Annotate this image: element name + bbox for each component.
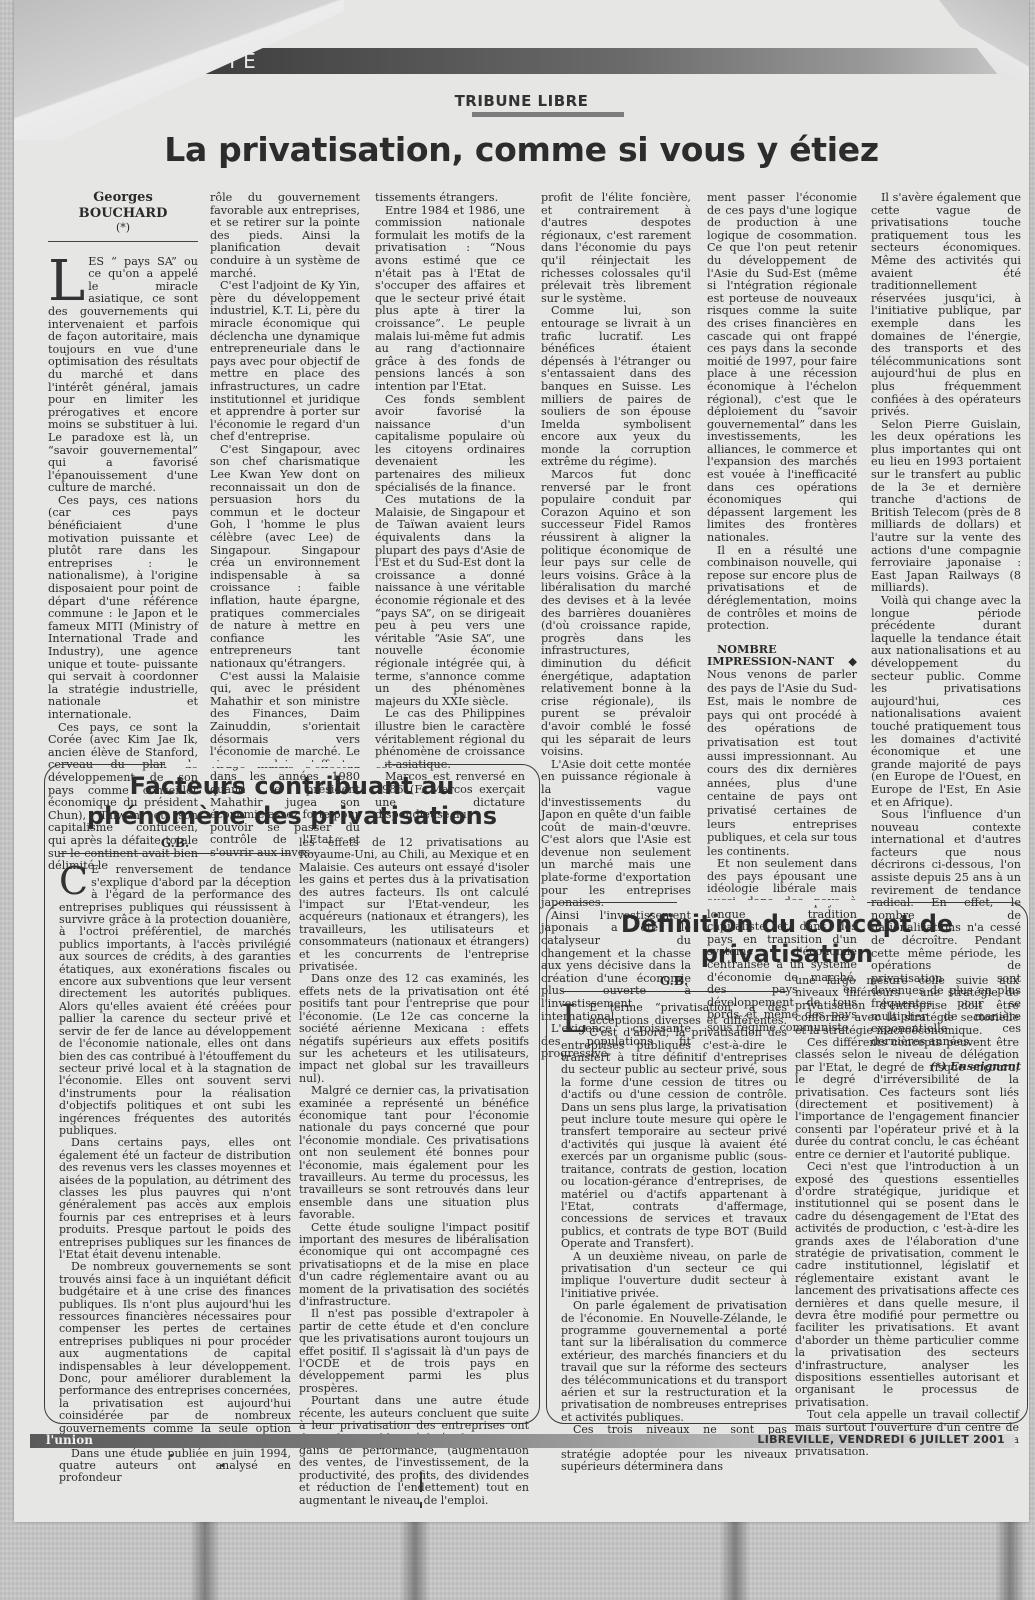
box-column-2: une large mesure celle suivie aux niveau… <box>795 975 1019 1459</box>
paragraph: L'Asie doit cette montée en puissance ré… <box>541 759 691 910</box>
paragraph: Marcos fut donc renversé par le front po… <box>541 469 691 759</box>
subheading: NOMBRE IMPRESSION-NANT ◆ Nous venons de … <box>707 643 857 859</box>
paragraph: Ces trois niveaux ne sont pas cloisonnés… <box>561 1424 787 1474</box>
author-note-marker: (*) <box>48 222 198 235</box>
paragraph: Dans certains pays, elles ont également … <box>59 1137 291 1261</box>
paragraph: C'est Singapour, avec son chef charismat… <box>210 444 360 671</box>
newspaper-page: MIE TRIBUNE LIBRE La privatisation, comm… <box>14 0 1029 1522</box>
paragraph: On parle également de privatisation de l… <box>561 1300 787 1424</box>
paragraph: Il s'avère également que cette vague de … <box>871 192 1021 419</box>
paragraph: Entre 1984 et 1986, une commission natio… <box>375 205 525 394</box>
paragraph: Comme lui, son entourage se livrait à un… <box>541 305 691 469</box>
dateline: LIBREVILLE, VENDREDI 6 JUILLET 2001 <box>757 1432 1005 1448</box>
byline-divider <box>48 241 198 242</box>
author-name: Georges BOUCHARD <box>48 190 198 222</box>
box-border-gap <box>677 900 867 905</box>
box-divider <box>561 991 787 992</box>
article-column-3: tissements étrangers. Entre 1984 et 1986… <box>375 192 525 822</box>
paragraph: Il n'est pas possible d'extrapoler à par… <box>299 1308 529 1395</box>
paragraph: E terme “privatisation” a des acceptions… <box>561 1001 787 1250</box>
subheading-label: NOMBRE IMPRESSION-NANT <box>707 642 834 669</box>
paragraph: Il en a résulté une combinaison nouvelle… <box>707 545 857 633</box>
paragraph: les effets de 12 privatisations au Royau… <box>299 837 529 973</box>
paragraph: E renversement de tendance s'explique d'… <box>59 863 291 1137</box>
paragraph: Ces pays, ces nations (car ces pays béné… <box>48 495 198 722</box>
paragraph: tissements étrangers. <box>375 192 525 205</box>
scan-speck <box>221 1464 224 1467</box>
paragraph: ment passer l'économie de ces pays d'une… <box>707 192 857 545</box>
paragraph: A un deuxième niveau, on parle de privat… <box>561 1251 787 1301</box>
paragraph: Malgré ce dernier cas, la privatisation … <box>299 1085 529 1221</box>
paragraph: Cette étude souligne l'impact positif im… <box>299 1222 529 1309</box>
kicker-underline <box>472 112 624 117</box>
paragraph: une large mesure celle suivie aux niveau… <box>795 975 1019 1037</box>
paragraph: Ceci n'est que l'introduction à un expos… <box>795 1161 1019 1409</box>
scan-speck <box>170 1454 173 1457</box>
paragraph: profit de l'élite foncière, et contraire… <box>541 192 691 305</box>
paragraph: Dans onze des 12 cas examinés, les effet… <box>299 973 529 1085</box>
sidebar-box-factors: Facteurs contribuant au phénomène des pr… <box>44 764 540 1424</box>
paragraph: Ces mutations de la Malaisie, de Singapo… <box>375 494 525 708</box>
page-title: La privatisation, comme si vous y étiez <box>14 130 1029 169</box>
paragraph: Pourtant dans une autre étude récente, l… <box>299 1395 529 1507</box>
diamond-bullet-icon: ◆ <box>848 654 857 668</box>
dropcap: L <box>561 1004 586 1034</box>
scan-mark <box>420 1502 422 1508</box>
paragraph: Dans une étude publiée en juin 1994, qua… <box>59 1448 291 1485</box>
paragraph: rôle du gouvernement favorable aux entre… <box>210 192 360 280</box>
box-column-2: les effets de 12 privatisations au Royau… <box>299 837 529 1507</box>
paragraph: Ces différents concepts peuvent être cla… <box>795 1037 1019 1161</box>
box-author: G.B. <box>561 975 787 987</box>
box-author: G.B. <box>59 837 291 849</box>
box-divider <box>59 853 291 854</box>
box-title-line: Définition du concept de <box>547 909 1027 939</box>
paragraph: Ces fonds semblent avoir favorisé la nai… <box>375 394 525 495</box>
paragraph: De nombreux gouvernements se sont trouvé… <box>59 1261 291 1447</box>
scanner-shadow <box>995 1520 1025 1600</box>
box-title: Définition du concept de privatisation <box>547 909 1027 969</box>
dropcap: L <box>48 260 85 304</box>
paragraph: C'est l'adjoint de Ky Yin, père du dével… <box>210 280 360 444</box>
scanner-shadow <box>720 1520 750 1600</box>
section-header-bar: MIE <box>164 48 999 74</box>
paragraph: Voilà qui change avec la longue période … <box>871 595 1021 809</box>
scan-mark <box>420 1472 422 1492</box>
box-border-gap <box>165 762 385 767</box>
newspaper-logo: l'union <box>46 1433 93 1448</box>
article-column-2: rôle du gouvernement favorable aux entre… <box>210 192 360 859</box>
scanner-shadow <box>190 1520 220 1600</box>
box-title-line: phénomène des privatisations <box>45 801 539 831</box>
box-column-1: G.B. LE terme “privatisation” a des acce… <box>561 975 787 1474</box>
dropcap: C <box>59 866 88 896</box>
paragraph: Nous venons de parler des pays de l'Asie… <box>707 668 857 858</box>
sidebar-box-definition: Définition du concept de privatisation G… <box>546 902 1028 1424</box>
box-title-line: privatisation <box>547 939 1027 969</box>
scanner-shadow <box>400 1520 430 1600</box>
paragraph: Selon Pierre Guislain, les deux opératio… <box>871 419 1021 595</box>
box-title: Facteurs contribuant au phénomène des pr… <box>45 771 539 831</box>
paragraph: Le cas des Philippines illustre bien le … <box>375 708 525 771</box>
kicker-label: TRIBUNE LIBRE <box>14 92 1029 110</box>
box-title-line: Facteurs contribuant au <box>45 771 539 801</box>
box-column-1: G.B. CE renversement de tendance s'expli… <box>59 837 291 1485</box>
